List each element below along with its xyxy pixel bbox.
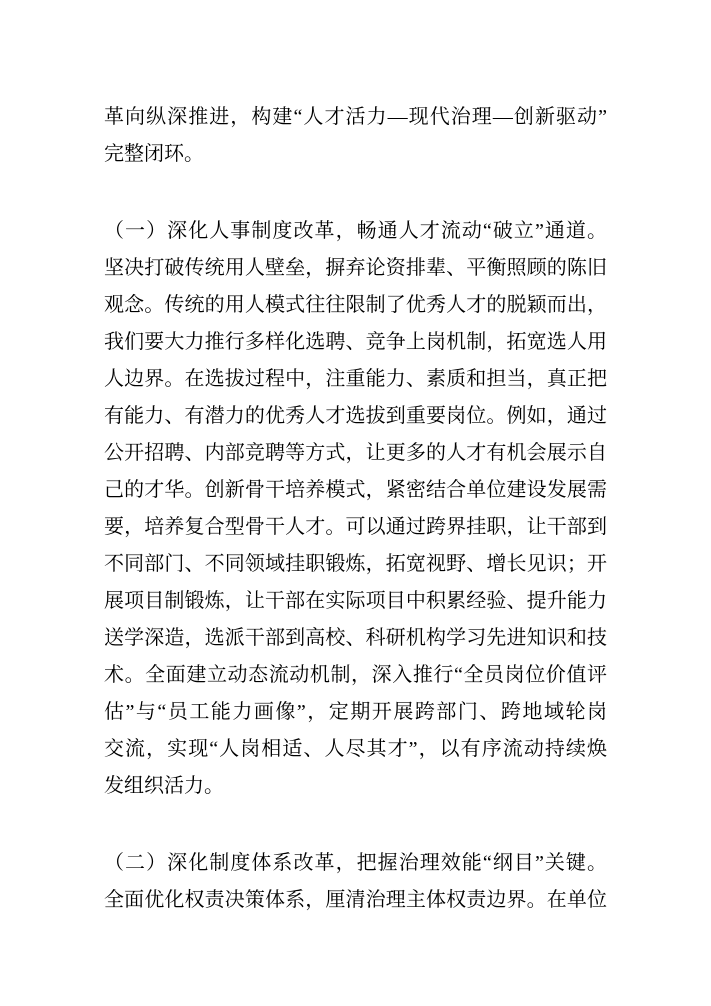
text-line: 交流，实现“人岗相适、人尽其才”，以有序流动持续焕 [104, 731, 607, 768]
document-page: 革向纵深推进，构建“人才活力—现代治理—创新驱动”完整闭环。（一）深化人事制度改… [0, 0, 711, 1006]
text-line: 全面优化权责决策体系，厘清治理主体权责边界。在单位 [104, 882, 607, 919]
text-line: 公开招聘、内部竞聘等方式，让更多的人才有机会展示自 [104, 435, 607, 472]
text-line: 术。全面建立动态流动机制，深入推行“全员岗位价值评 [104, 657, 607, 694]
text-line: 发组织活力。 [104, 768, 607, 805]
text-line: 送学深造，选派干部到高校、科研机构学习先进知识和技 [104, 620, 607, 657]
text-line: 革向纵深推进，构建“人才活力—现代治理—创新驱动” [104, 99, 607, 136]
document-text-block: 革向纵深推进，构建“人才活力—现代治理—创新驱动”完整闭环。（一）深化人事制度改… [104, 99, 607, 919]
paragraph: （一）深化人事制度改革，畅通人才流动“破立”通道。坚决打破传统用人壁垒，摒弃论资… [104, 213, 607, 805]
text-line: 有能力、有潜力的优秀人才选拔到重要岗位。例如，通过 [104, 398, 607, 435]
paragraph: （二）深化制度体系改革，把握治理效能“纲目”关键。全面优化权责决策体系，厘清治理… [104, 845, 607, 919]
text-line: 坚决打破传统用人壁垒，摒弃论资排辈、平衡照顾的陈旧 [104, 250, 607, 287]
text-line: （二）深化制度体系改革，把握治理效能“纲目”关键。 [104, 845, 607, 882]
text-line: 要，培养复合型骨干人才。可以通过跨界挂职，让干部到 [104, 509, 607, 546]
text-line: 不同部门、不同领域挂职锻炼，拓宽视野、增长见识；开 [104, 546, 607, 583]
text-line: 完整闭环。 [104, 136, 607, 173]
paragraph: 革向纵深推进，构建“人才活力—现代治理—创新驱动”完整闭环。 [104, 99, 607, 173]
text-line: 估”与“员工能力画像”，定期开展跨部门、跨地域轮岗 [104, 694, 607, 731]
text-line: （一）深化人事制度改革，畅通人才流动“破立”通道。 [104, 213, 607, 250]
text-line: 己的才华。创新骨干培养模式，紧密结合单位建设发展需 [104, 472, 607, 509]
text-line: 观念。传统的用人模式往往限制了优秀人才的脱颖而出， [104, 287, 607, 324]
text-line: 展项目制锻炼，让干部在实际项目中积累经验、提升能力 [104, 583, 607, 620]
text-line: 人边界。在选拔过程中，注重能力、素质和担当，真正把 [104, 361, 607, 398]
text-line: 我们要大力推行多样化选聘、竞争上岗机制，拓宽选人用 [104, 324, 607, 361]
